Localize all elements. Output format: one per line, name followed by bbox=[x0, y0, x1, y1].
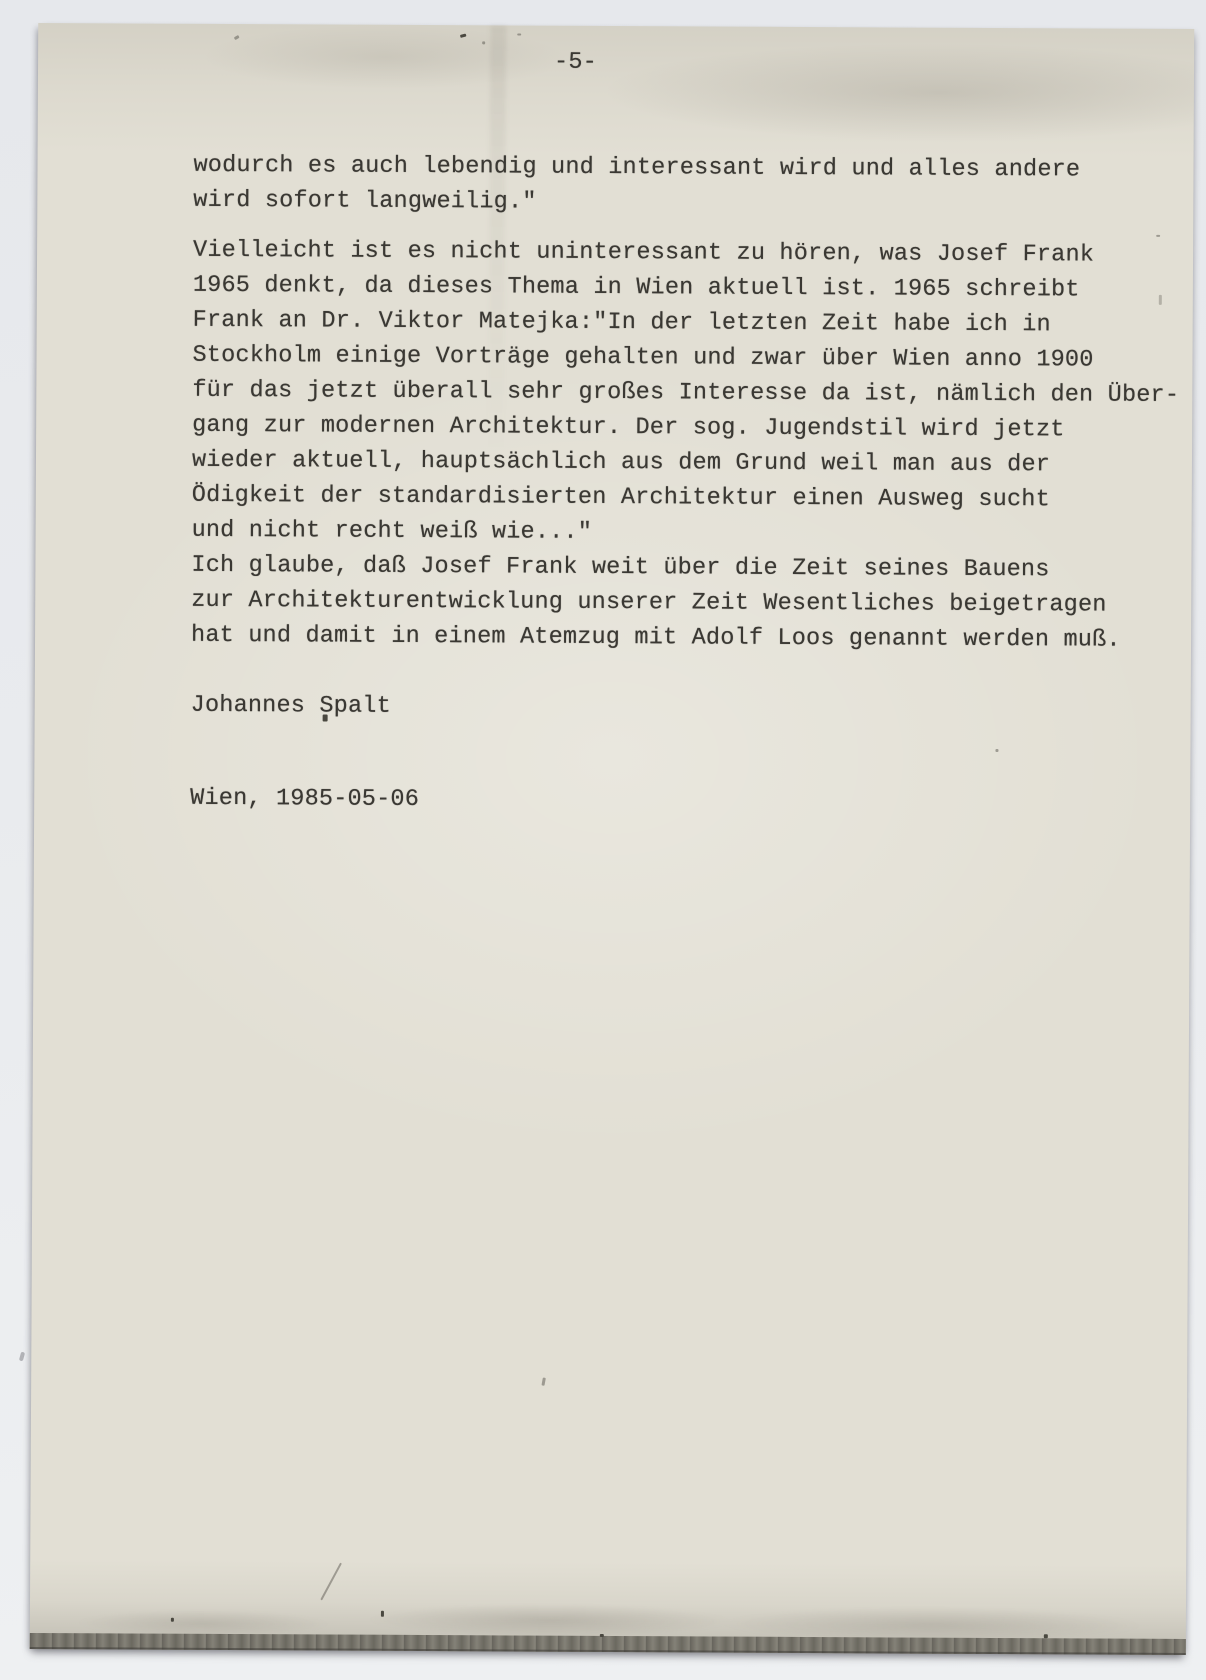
dateline: Wien, 1985-05-06 bbox=[190, 781, 419, 817]
scan-speck bbox=[323, 714, 328, 721]
scan-speck bbox=[600, 1634, 604, 1637]
scan-speck bbox=[517, 33, 521, 35]
scan-speck bbox=[171, 1618, 174, 1622]
paragraph-quote-end: wodurch es auch lebendig und interessant… bbox=[193, 148, 1080, 223]
scan-speck bbox=[1044, 1634, 1048, 1638]
page-number: -5- bbox=[554, 45, 597, 80]
scan-speck bbox=[19, 1352, 25, 1362]
scan-speck bbox=[234, 35, 240, 40]
signature-name: Johannes Spalt bbox=[191, 688, 391, 724]
document-page: -5- wodurch es auch lebendig und interes… bbox=[30, 23, 1194, 1655]
scan-speck bbox=[995, 749, 998, 752]
scan-speck bbox=[482, 41, 485, 44]
scan-speck bbox=[541, 1377, 545, 1385]
paragraph-main: Vielleicht ist es nicht uninteressant zu… bbox=[191, 233, 1180, 658]
scan-speck bbox=[1156, 235, 1160, 237]
scan-speck bbox=[1159, 295, 1162, 305]
scan-speck bbox=[460, 33, 467, 37]
scan-speck bbox=[381, 1611, 384, 1617]
scanner-background: -5- wodurch es auch lebendig und interes… bbox=[0, 0, 1206, 1680]
